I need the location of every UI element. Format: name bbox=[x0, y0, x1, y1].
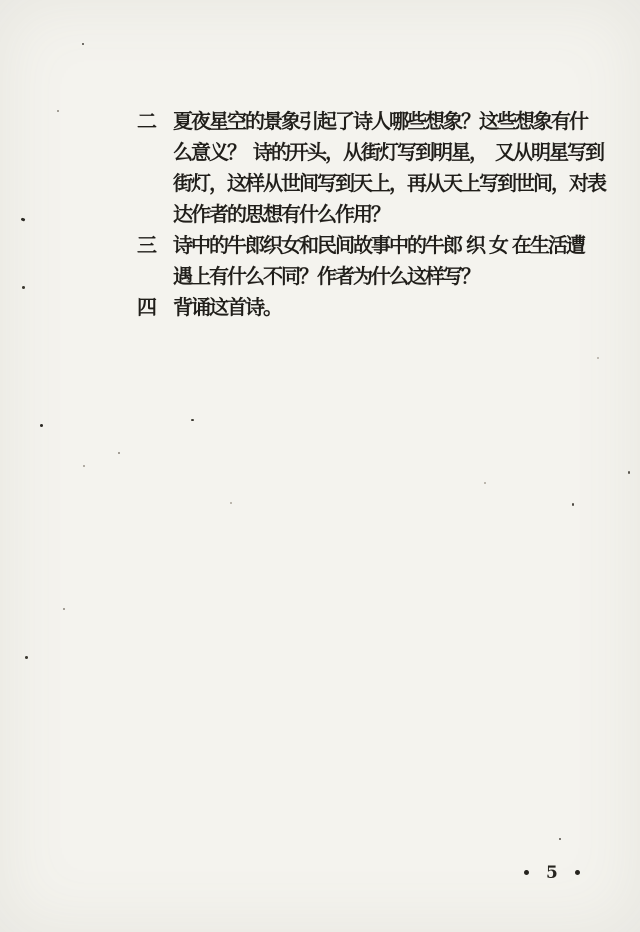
scan-speck bbox=[40, 424, 43, 427]
page-number-value: 5 bbox=[546, 865, 558, 882]
exercise-number: 三 bbox=[137, 230, 173, 261]
scan-speck bbox=[559, 838, 561, 840]
exercise-line: 诗中的牛郎织女和民间故事中的牛郎 织 女 在生活遭 bbox=[173, 230, 597, 261]
scan-speck bbox=[82, 43, 84, 45]
scan-speck bbox=[118, 452, 120, 454]
scan-speck bbox=[628, 471, 630, 474]
scan-speck bbox=[484, 482, 486, 484]
scan-speck bbox=[57, 110, 59, 112]
scan-speck bbox=[83, 465, 85, 467]
scanned-page: 二 夏夜星空的景象引起了诗人哪些想象？这些想象有什 么意义？ 诗的开头，从街灯写… bbox=[0, 0, 640, 932]
exercise-line: 达作者的思想有什么作用？ bbox=[173, 199, 605, 230]
scan-speck bbox=[22, 286, 25, 289]
exercise-line: 遇上有什么不同？作者为什么这样写？ bbox=[173, 261, 597, 292]
scan-speck bbox=[191, 419, 194, 421]
scan-speck bbox=[572, 503, 574, 506]
scan-speck bbox=[63, 608, 65, 610]
exercise-text: 背诵这首诗。 bbox=[173, 292, 597, 323]
exercise-item-2: 二 夏夜星空的景象引起了诗人哪些想象？这些想象有什 么意义？ 诗的开头，从街灯写… bbox=[137, 106, 597, 230]
scan-speck bbox=[597, 357, 599, 359]
exercise-list: 二 夏夜星空的景象引起了诗人哪些想象？这些想象有什 么意义？ 诗的开头，从街灯写… bbox=[137, 106, 597, 323]
scan-speck bbox=[25, 656, 28, 659]
scan-speck bbox=[21, 217, 26, 221]
exercise-number: 二 bbox=[137, 106, 173, 137]
dot-icon bbox=[575, 870, 580, 875]
dot-icon bbox=[524, 870, 529, 875]
exercise-text: 诗中的牛郎织女和民间故事中的牛郎 织 女 在生活遭 遇上有什么不同？作者为什么这… bbox=[173, 230, 597, 292]
exercise-number: 四 bbox=[137, 292, 173, 323]
exercise-item-4: 四 背诵这首诗。 bbox=[137, 292, 597, 323]
exercise-item-3: 三 诗中的牛郎织女和民间故事中的牛郎 织 女 在生活遭 遇上有什么不同？作者为什… bbox=[137, 230, 597, 292]
exercise-line: 夏夜星空的景象引起了诗人哪些想象？这些想象有什 bbox=[173, 106, 605, 137]
scan-speck bbox=[230, 502, 232, 504]
exercise-line: 背诵这首诗。 bbox=[173, 292, 597, 323]
exercise-line: 街灯，这样从世间写到天上，再从天上写到世间，对表 bbox=[173, 168, 605, 199]
exercise-text: 夏夜星空的景象引起了诗人哪些想象？这些想象有什 么意义？ 诗的开头，从街灯写到明… bbox=[173, 106, 605, 230]
exercise-line: 么意义？ 诗的开头，从街灯写到明星， 又从明星写到 bbox=[173, 137, 605, 168]
page-number: 5 bbox=[524, 862, 580, 882]
